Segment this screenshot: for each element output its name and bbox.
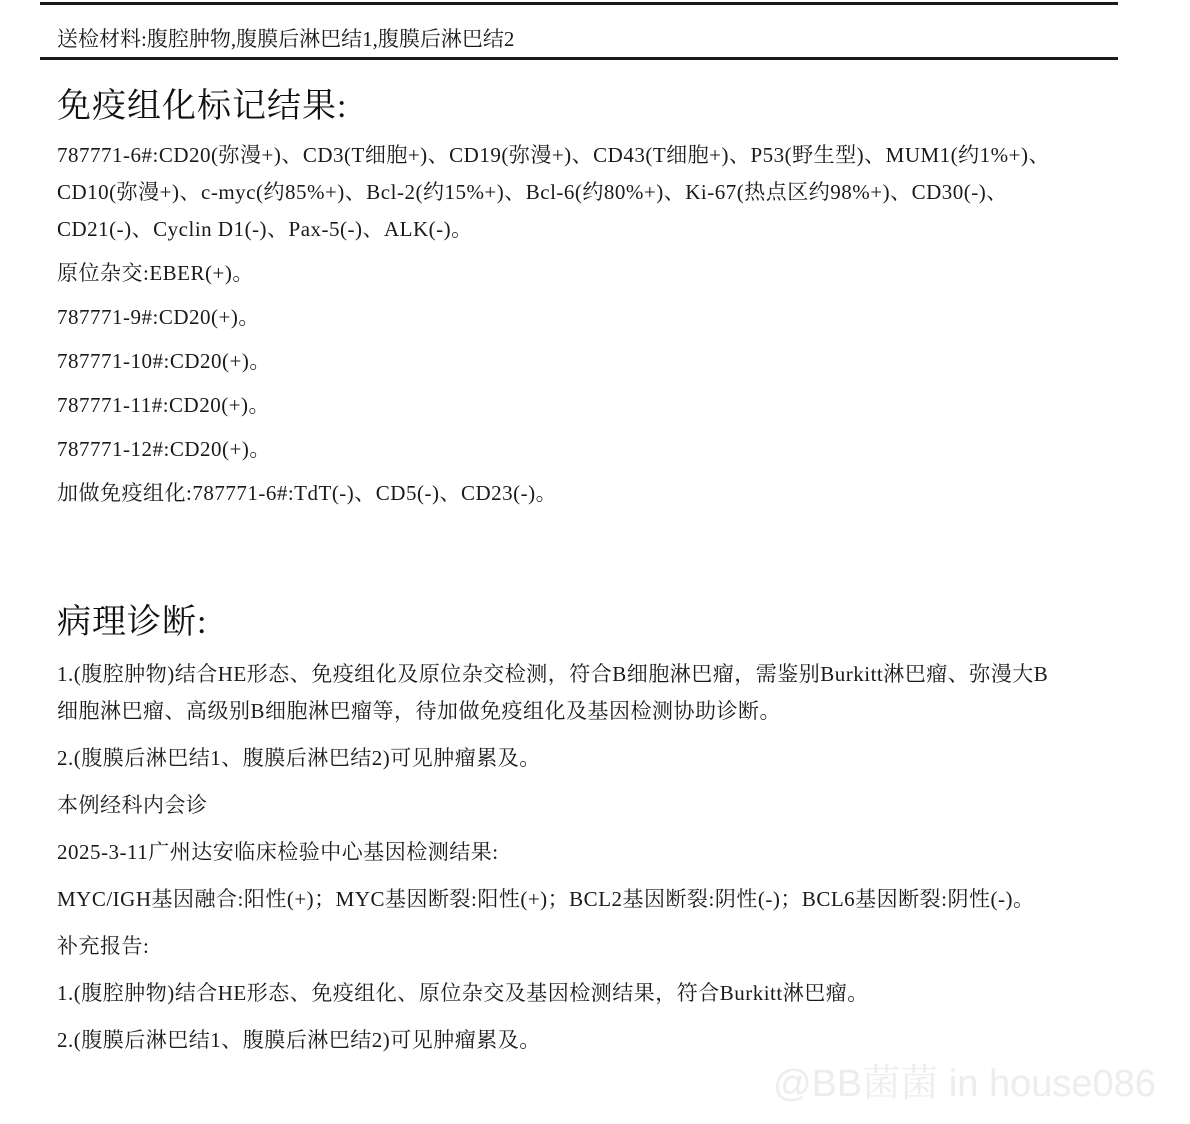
- gene-test-source-line: 2025-3-11广州达安临床检验中心基因检测结果:: [57, 834, 1063, 871]
- ihc-paragraph-block-10: 787771-10#:CD20(+)。: [57, 343, 1063, 380]
- gene-test-results-line: MYC/IGH基因融合:阳性(+)；MYC基因断裂:阳性(+)；BCL2基因断裂…: [57, 881, 1063, 918]
- diagnosis-block: 1.(腹腔肿物)结合HE形态、免疫组化及原位杂交检测，符合B细胞淋巴瘤，需鉴别B…: [57, 656, 1063, 1059]
- supplementary-item-1: 1.(腹腔肿物)结合HE形态、免疫组化、原位杂交及基因检测结果，符合Burkit…: [57, 975, 1063, 1012]
- diagnosis-item-1: 1.(腹腔肿物)结合HE形态、免疫组化及原位杂交检测，符合B细胞淋巴瘤，需鉴别B…: [57, 656, 1063, 730]
- ihc-paragraph-block-9: 787771-9#:CD20(+)。: [57, 299, 1063, 336]
- header-divider-line: [40, 57, 1118, 60]
- pathology-diagnosis-heading: 病理诊断:: [57, 600, 1190, 646]
- watermark-text: @BB菌菌 in house086: [773, 1064, 1156, 1104]
- ihc-paragraph-block-11: 787771-11#:CD20(+)。: [57, 387, 1063, 424]
- specimen-materials-row: 送检材料:腹腔肿物,腹膜后淋巴结1,腹膜后淋巴结2: [57, 5, 1118, 57]
- supplementary-report-label: 补充报告:: [57, 928, 1063, 965]
- ihc-paragraph-ish-eber: 原位杂交:EBER(+)。: [57, 255, 1063, 292]
- ihc-results-heading: 免疫组化标记结果:: [57, 84, 1190, 130]
- ihc-paragraph-block-12: 787771-12#:CD20(+)。: [57, 431, 1063, 468]
- diagnosis-consultation-note: 本例经科内会诊: [57, 787, 1063, 824]
- supplementary-item-2: 2.(腹膜后淋巴结1、腹膜后淋巴结2)可见肿瘤累及。: [57, 1022, 1063, 1059]
- diagnosis-item-2: 2.(腹膜后淋巴结1、腹膜后淋巴结2)可见肿瘤累及。: [57, 740, 1063, 777]
- specimen-materials-text: 送检材料:腹腔肿物,腹膜后淋巴结1,腹膜后淋巴结2: [57, 29, 514, 50]
- ihc-paragraph-markers-6: 787771-6#:CD20(弥漫+)、CD3(T细胞+)、CD19(弥漫+)、…: [57, 137, 1063, 248]
- ihc-results-block: 787771-6#:CD20(弥漫+)、CD3(T细胞+)、CD19(弥漫+)、…: [57, 137, 1063, 512]
- pathology-report-page: 送检材料:腹腔肿物,腹膜后淋巴结1,腹膜后淋巴结2 免疫组化标记结果: 7877…: [0, 2, 1190, 1124]
- ihc-paragraph-additional: 加做免疫组化:787771-6#:TdT(-)、CD5(-)、CD23(-)。: [57, 475, 1063, 512]
